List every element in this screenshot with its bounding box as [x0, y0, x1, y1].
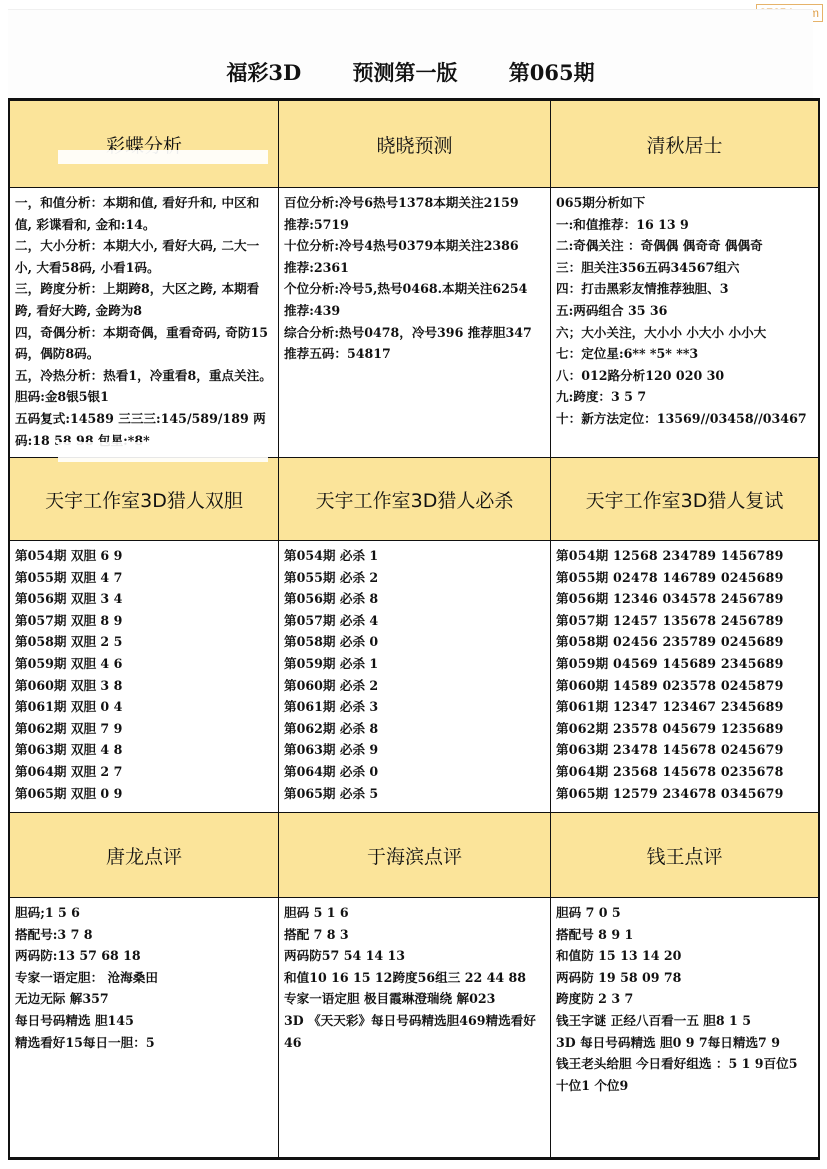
text-line: 二，大小分析：本期大小, 看好大码, 二大一小, 大看58码, 小看1码。 [15, 235, 273, 278]
caidie-analysis-content: 一，和值分析：本期和值, 看好升和, 中区和值, 彩谍看和, 金和:14。 二，… [10, 188, 279, 457]
history-row: 第059期 04569 145689 2345689 [556, 653, 813, 675]
history-row: 第063期 双胆 4 8 [15, 739, 273, 761]
text-line: 钱王字谜 正经八百看一五 胆8 1 5 [556, 1010, 813, 1032]
text-line: 八：012路分析120 020 30 [556, 365, 813, 387]
header-xiaoxiao-prediction: 晓晓预测 [279, 101, 551, 187]
history-row: 第058期 必杀 0 [284, 631, 545, 653]
history-row: 第064期 23568 145678 0235678 [556, 761, 813, 783]
tianyu-double-dan-list: 第054期 双胆 6 9 第055期 双胆 4 7 第056期 双胆 3 4 第… [10, 541, 279, 812]
history-row: 第064期 双胆 2 7 [15, 761, 273, 783]
title-band: 福彩3D 预测第一版 第065期 [8, 9, 813, 100]
history-row: 第057期 双胆 8 9 [15, 610, 273, 632]
history-row: 第061期 必杀 3 [284, 696, 545, 718]
text-line: 个位分析:冷号5,热号0468.本期关注6254 [284, 278, 545, 300]
history-row: 第063期 23478 145678 0245679 [556, 739, 813, 761]
tianyu-compound-list: 第054期 12568 234789 1456789 第055期 02478 1… [551, 541, 818, 812]
history-row: 第056期 12346 034578 2456789 [556, 588, 813, 610]
text-line: 和值10 16 15 12跨度56组三 22 44 88 [284, 967, 545, 989]
section-2-header-row: 天宇工作室3D猎人双胆 天宇工作室3D猎人必杀 天宇工作室3D猎人复试 [10, 458, 818, 541]
text-line: 七：定位星:6** *5* **3 [556, 343, 813, 365]
text-line: 和值防 15 13 14 20 [556, 945, 813, 967]
section-1-body-row: 一，和值分析：本期和值, 看好升和, 中区和值, 彩谍看和, 金和:14。 二，… [10, 188, 818, 458]
history-row: 第057期 12457 135678 2456789 [556, 610, 813, 632]
text-line: 综合分析:热号0478，冷号396 推荐胆347 [284, 322, 545, 344]
history-row: 第059期 双胆 4 6 [15, 653, 273, 675]
text-line: 百位分析:冷号6热号1378本期关注2159 [284, 192, 545, 214]
text-line: 3D 每日号码精选 胆0 9 7每日精选7 9 [556, 1032, 813, 1054]
text-line: 五，冷热分析：热看1，冷重看8，重点关注。胆码:金8银5银1 [15, 365, 273, 408]
header-qianwang-review: 钱王点评 [551, 813, 818, 897]
history-row: 第060期 14589 023578 0245879 [556, 675, 813, 697]
header-tanglong-review: 唐龙点评 [10, 813, 279, 897]
page-title: 福彩3D 预测第一版 第065期 [8, 57, 813, 87]
title-edition: 预测第一版 [352, 60, 457, 85]
history-row: 第062期 必杀 8 [284, 718, 545, 740]
section-1-header-row: 彩蝶分析 晓晓预测 清秋居士 [10, 101, 818, 188]
redaction-bar [58, 150, 268, 164]
text-line: 搭配号 8 9 1 [556, 924, 813, 946]
text-line: 九:跨度：3 5 7 [556, 386, 813, 408]
text-line: 推荐:5719 [284, 214, 545, 236]
yuhaibin-review-content: 胆码 5 1 6 搭配 7 8 3 两码防57 54 14 13 和值10 16… [279, 898, 551, 1157]
text-line: 两码防57 54 14 13 [284, 945, 545, 967]
history-row: 第057期 必杀 4 [284, 610, 545, 632]
text-line: 推荐:2361 [284, 257, 545, 279]
header-caidie-analysis: 彩蝶分析 [10, 101, 279, 187]
text-line: 四，奇偶分析：本期奇偶，重看奇码, 奇防15码，偶防8码。 [15, 322, 273, 365]
text-line: 六；大小关注，大小小 小大小 小小大 [556, 322, 813, 344]
history-row: 第058期 双胆 2 5 [15, 631, 273, 653]
tianyu-must-kill-list: 第054期 必杀 1 第055期 必杀 2 第056期 必杀 8 第057期 必… [279, 541, 551, 812]
text-line: 二:奇偶关注 ：奇偶偶 偶奇奇 偶偶奇 [556, 235, 813, 257]
history-row: 第056期 双胆 3 4 [15, 588, 273, 610]
text-line: 无边无际 解357 [15, 988, 273, 1010]
history-row: 第065期 12579 234678 0345679 [556, 783, 813, 805]
title-lottery-name: 福彩3D [226, 60, 301, 85]
text-line: 两码防:13 57 68 18 [15, 945, 273, 967]
header-tianyu-must-kill: 天宇工作室3D猎人必杀 [279, 458, 551, 540]
text-line: 三，跨度分析：上期跨8，大区之跨, 本期看跨, 看好大跨, 金跨为8 [15, 278, 273, 321]
text-line: 搭配号:3 7 8 [15, 924, 273, 946]
text-line: 065期分析如下 [556, 192, 813, 214]
history-row: 第055期 必杀 2 [284, 567, 545, 589]
qianwang-review-content: 胆码 7 0 5 搭配号 8 9 1 和值防 15 13 14 20 两码防 1… [551, 898, 818, 1157]
text-line: 十：新方法定位：13569//03458//03467 [556, 408, 813, 430]
history-row: 第054期 双胆 6 9 [15, 545, 273, 567]
header-qingqiu-jushi: 清秋居士 [551, 101, 818, 187]
prediction-table: 彩蝶分析 晓晓预测 清秋居士 一，和值分析：本期和值, 看好升和, 中区和值, … [8, 98, 820, 1160]
xiaoxiao-prediction-content: 百位分析:冷号6热号1378本期关注2159 推荐:5719 十位分析:冷号4热… [279, 188, 551, 457]
text-line: 四：打击黑彩友情推荐独胆、3 [556, 278, 813, 300]
history-row: 第065期 双胆 0 9 [15, 783, 273, 805]
history-row: 第055期 双胆 4 7 [15, 567, 273, 589]
history-row: 第058期 02456 235789 0245689 [556, 631, 813, 653]
text-line: 专家一语定胆 极目霞琳澄瑞绕 解023 [284, 988, 545, 1010]
section-3-body-row: 胆码;1 5 6 搭配号:3 7 8 两码防:13 57 68 18 专家一语定… [10, 898, 818, 1157]
history-row: 第065期 必杀 5 [284, 783, 545, 805]
text-line: 一，和值分析：本期和值, 看好升和, 中区和值, 彩谍看和, 金和:14。 [15, 192, 273, 235]
qingqiu-jushi-content: 065期分析如下 一:和值推荐：16 13 9 二:奇偶关注 ：奇偶偶 偶奇奇 … [551, 188, 818, 457]
text-line: 每日号码精选 胆145 [15, 1010, 273, 1032]
text-line: 五:两码组合 35 36 [556, 300, 813, 322]
title-issue: 第065期 [509, 60, 595, 85]
text-line: 钱王老头给胆 今日看好组选 ：5 1 9百位5 十位1 个位9 [556, 1053, 813, 1096]
text-line: 两码防 19 58 09 78 [556, 967, 813, 989]
section-3-header-row: 唐龙点评 于海滨点评 钱王点评 [10, 813, 818, 898]
history-row: 第060期 必杀 2 [284, 675, 545, 697]
history-row: 第061期 12347 123467 2345689 [556, 696, 813, 718]
text-line: 推荐五码：54817 [284, 343, 545, 365]
history-row: 第064期 必杀 0 [284, 761, 545, 783]
text-line: 搭配 7 8 3 [284, 924, 545, 946]
history-row: 第059期 必杀 1 [284, 653, 545, 675]
history-row: 第061期 双胆 0 4 [15, 696, 273, 718]
text-line: 胆码 7 0 5 [556, 902, 813, 924]
section-2-body-row: 第054期 双胆 6 9 第055期 双胆 4 7 第056期 双胆 3 4 第… [10, 541, 818, 813]
text-line: 专家一语定胆： 沧海桑田 [15, 967, 273, 989]
history-row: 第060期 双胆 3 8 [15, 675, 273, 697]
history-row: 第054期 必杀 1 [284, 545, 545, 567]
text-line: 胆码 5 1 6 [284, 902, 545, 924]
text-line: 一:和值推荐：16 13 9 [556, 214, 813, 236]
text-line: 3D 《天天彩》每日号码精选胆469精选看好46 [284, 1010, 545, 1053]
text-line: 精选看好15每日一胆：5 [15, 1032, 273, 1054]
header-tianyu-double-dan: 天宇工作室3D猎人双胆 [10, 458, 279, 540]
header-tianyu-compound: 天宇工作室3D猎人复试 [551, 458, 818, 540]
text-line: 推荐:439 [284, 300, 545, 322]
text-line: 胆码;1 5 6 [15, 902, 273, 924]
history-row: 第062期 双胆 7 9 [15, 718, 273, 740]
history-row: 第054期 12568 234789 1456789 [556, 545, 813, 567]
text-line: 三：胆关注356五码34567组六 [556, 257, 813, 279]
history-row: 第062期 23578 045679 1235689 [556, 718, 813, 740]
text-line: 十位分析:冷号4热号0379本期关注2386 [284, 235, 545, 257]
tanglong-review-content: 胆码;1 5 6 搭配号:3 7 8 两码防:13 57 68 18 专家一语定… [10, 898, 279, 1157]
history-row: 第055期 02478 146789 0245689 [556, 567, 813, 589]
header-yuhaibin-review: 于海滨点评 [279, 813, 551, 897]
text-line: 跨度防 2 3 7 [556, 988, 813, 1010]
history-row: 第056期 必杀 8 [284, 588, 545, 610]
redaction-bar [58, 442, 268, 462]
history-row: 第063期 必杀 9 [284, 739, 545, 761]
